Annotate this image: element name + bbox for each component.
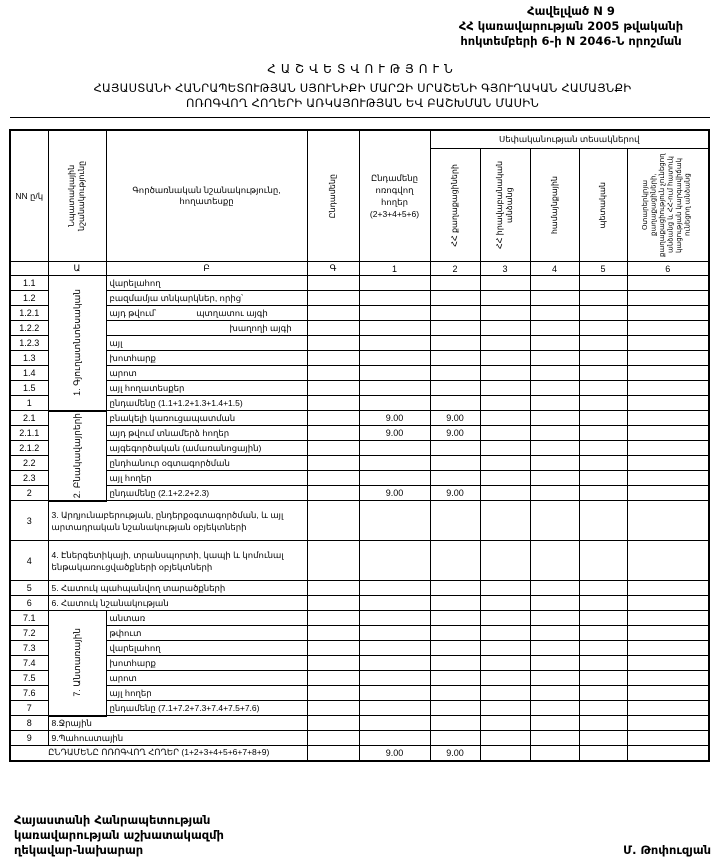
table-row: 2.1.2այգեգործական (ամառանոցային) [10,441,709,456]
header-col-2: ՀՀ քաղաքացիների [430,149,480,262]
annex-header: Հավելված N 9 ՀՀ կառավարության 2005 թվակա… [431,4,711,49]
cell [307,291,359,306]
citizens-value [430,441,480,456]
header-col-3: ՀՀ իրավաբանական անձանց [480,149,530,262]
cell [579,746,627,761]
code: 3 [480,262,530,276]
row-number: 7.6 [10,686,48,701]
cell [627,731,709,746]
document-subtitle: ՀԱՅԱՍՏԱՆԻ ՀԱՆՐԱՊԵՏՈՒԹՅԱՆ ՍՅՈՒՆԻՔԻ ՄԱՐԶԻ … [0,81,725,111]
cell [307,351,359,366]
cell [480,336,530,351]
cell [530,291,579,306]
cell [530,351,579,366]
cell [530,426,579,441]
irrigated-total-value [359,291,430,306]
cell [579,641,627,656]
cell [579,291,627,306]
grand-total-citizens: 9.00 [430,746,480,761]
column-codes-row: Ա Բ Գ 1 2 3 4 5 6 [10,262,709,276]
row-label: 5. Հատուկ պահպանվող տարածքների [48,581,307,596]
irrigated-total-value [359,351,430,366]
header-col-4: համայնքային [530,149,579,262]
irrigated-total-value [359,441,430,456]
row-label: խաղողի այգի [106,321,307,336]
group-forest: 7.17. Անտառայինանտառ7.2թփուտ7.3վարելահող… [10,611,709,716]
cell [627,541,709,581]
cell [359,581,430,596]
header-category: Նպատակային նշանակությունը [48,130,106,262]
citizens-value [430,656,480,671]
cell [530,471,579,486]
cell [530,731,579,746]
report-table: NN ը/կ Նպատակային նշանակությունը Գործառն… [9,129,710,762]
annex-line-2: ՀՀ կառավարության 2005 թվականի [431,19,711,34]
cell [530,641,579,656]
cell [307,731,359,746]
header-function: Գործառնական նշանակությունը, հողատեսքը [106,130,307,262]
cell [579,396,627,411]
table-row: 7.5արոտ [10,671,709,686]
irrigated-total-value [359,686,430,701]
row-label: թփուտ [106,626,307,641]
cell [480,486,530,501]
row-label: արոտ [106,366,307,381]
code: 4 [530,262,579,276]
cell [307,306,359,321]
cell [307,626,359,641]
row-label: բազմամյա տնկարկներ, որից՝ [106,291,307,306]
row-number: 1.2.3 [10,336,48,351]
row-label: ընդամենը (1.1+1.2+1.3+1.4+1.5) [106,396,307,411]
cell [430,596,480,611]
row-number: 6 [10,596,48,611]
citizens-value [430,701,480,716]
cell [530,411,579,426]
cell [627,611,709,626]
code: 5 [579,262,627,276]
row-label: խոտհարք [106,351,307,366]
cell [359,596,430,611]
row-number: 7.4 [10,656,48,671]
row-label: բնակելի կառուցապատման [106,411,307,426]
cell [579,541,627,581]
cell [579,366,627,381]
cell [307,456,359,471]
cell [307,276,359,291]
grand-total-irrigated: 9.00 [359,746,430,761]
table-row: 66. Հատուկ նշանակության [10,596,709,611]
citizens-value [430,336,480,351]
irrigated-total-value [359,366,430,381]
cell [480,746,530,761]
header-nn: NN ը/կ [10,130,48,262]
cell [359,731,430,746]
cell [579,321,627,336]
cell [359,716,430,731]
row-label: անտառ [106,611,307,626]
table-row: 1.2.2խաղողի այգի [10,321,709,336]
cell [579,671,627,686]
row-number: 2.2 [10,456,48,471]
cell [480,541,530,581]
header-ownership-group: Սեփականության տեսակներով [430,130,709,149]
row-label: 4. Էներգետիկայի, տրանսպորտի, կապի և կոմո… [48,541,307,581]
cell [307,611,359,626]
cell [480,426,530,441]
irrigated-total-value [359,276,430,291]
table-row: 2.2ընդհանուր օգտագործման [10,456,709,471]
row-number: 1.2.2 [10,321,48,336]
cell [579,656,627,671]
row-number: 3 [10,501,48,541]
table-row: 7.3վարելահող [10,641,709,656]
cell [480,306,530,321]
citizens-value [430,611,480,626]
footer-line-1: Հայաստանի Հանրապետության [14,813,224,828]
cell [627,321,709,336]
cell [627,276,709,291]
irrigated-total-value: 9.00 [359,426,430,441]
table-row: 33. Արդյունաբերության, ընդերքօգտագործման… [10,501,709,541]
table-row: 7.4խոտհարք [10,656,709,671]
cell [307,426,359,441]
cell [627,716,709,731]
table-row: 99.Պահուստային [10,731,709,746]
row-number: 7.5 [10,671,48,686]
table-row: 2ընդամենը (2.1+2.2+2.3)9.009.00 [10,486,709,501]
cell [579,701,627,716]
code: Գ [307,262,359,276]
citizens-value [430,396,480,411]
cell [480,671,530,686]
row-number: 1.1 [10,276,48,291]
citizens-value [430,641,480,656]
cell [530,746,579,761]
row-number: 8 [10,716,48,731]
citizens-value: 9.00 [430,411,480,426]
annex-line-3: հոկտեմբերի 6-ի N 2046-Ն որոշման [431,34,711,49]
group-label: 1. Գյուղատնտեսական [48,276,106,411]
cell [307,701,359,716]
annex-line-1: Հավելված N 9 [431,4,711,19]
citizens-value [430,366,480,381]
cell [627,291,709,306]
table-row: 88.Ջրային [10,716,709,731]
cell [579,731,627,746]
grand-total-label: ԸՆԴԱՄԵՆԸ ՈՌՈԳՎՈՂ ՀՈՂԵՐ (1+2+3+4+5+6+7+8+… [10,746,307,761]
signatory-title: Հայաստանի Հանրապետության կառավարության ա… [14,813,224,858]
irrigated-total-value [359,381,430,396]
cell [579,581,627,596]
irrigated-total-value: 9.00 [359,486,430,501]
document-title: ՀԱՇՎԵՏՎՈՒԹՅՈՒՆ [0,62,725,76]
cell [480,501,530,541]
row-label: այլ [106,336,307,351]
cell [579,276,627,291]
cell [530,456,579,471]
cell [307,641,359,656]
row-label: վարելահող [106,641,307,656]
row-number: 1.5 [10,381,48,396]
cell [627,746,709,761]
group-settlements: 2.12. Բնակավայրերիբնակելի կառուցապատման9… [10,411,709,501]
cell [579,596,627,611]
cell [307,321,359,336]
row-number: 1 [10,396,48,411]
header-total-land: Ընդամենը [307,130,359,262]
cell [579,381,627,396]
table-row: 7.17. Անտառայինանտառ [10,611,709,626]
cell [430,731,480,746]
cell [530,701,579,716]
cell [530,306,579,321]
row-label: ընդամենը (7.1+7.2+7.3+7.4+7.5+7.6) [106,701,307,716]
row-number: 7 [10,701,48,716]
cell [627,411,709,426]
table-row: 7.2թփուտ [10,626,709,641]
group-label: 2. Բնակավայրերի [48,411,106,501]
cell [579,441,627,456]
irrigated-total-value [359,396,430,411]
citizens-value [430,381,480,396]
cell [627,306,709,321]
footer-line-2: կառավարության աշխատակազմի [14,828,224,843]
citizens-value [430,276,480,291]
cell [627,486,709,501]
cell [627,336,709,351]
table-row: 1.2.3այլ [10,336,709,351]
cell [530,596,579,611]
row-number: 4 [10,541,48,581]
row-label: արոտ [106,671,307,686]
cell [530,276,579,291]
cell [627,471,709,486]
row-label: 9.Պահուստային [48,731,307,746]
irrigated-total-value [359,701,430,716]
cell [530,541,579,581]
cell [480,381,530,396]
subtitle-line-2: ՈՌՈԳՎՈՂ ՀՈՂԵՐԻ ԱՌԿԱՅՈՒԹՅԱՆ ԵՎ ԲԱՇԽՄԱՆ ՄԱ… [0,96,725,111]
cell [480,321,530,336]
irrigated-total-value [359,626,430,641]
cell [627,501,709,541]
cell [627,426,709,441]
header-total-irrigated: Ընդամենը ոռոգվող հողեր (2+3+4+5+6) [359,130,430,262]
citizens-value [430,626,480,641]
cell [579,351,627,366]
cell [579,501,627,541]
row-label: ընդհանուր օգտագործման [106,456,307,471]
irrigated-total-value [359,471,430,486]
cell [430,581,480,596]
row-label: ընդամենը (2.1+2.2+2.3) [106,486,307,501]
cell [627,656,709,671]
row-label: վարելահող [106,276,307,291]
code: Ա [48,262,106,276]
cell [627,626,709,641]
cell [627,396,709,411]
row-label: այդ թվում՝պտղատու այգի [106,306,307,321]
cell [530,441,579,456]
cell [530,581,579,596]
cell [480,291,530,306]
table-row: 1.2.1այդ թվում՝պտղատու այգի [10,306,709,321]
row-number: 2.1 [10,411,48,426]
row-number: 7.3 [10,641,48,656]
cell [307,581,359,596]
code [10,262,48,276]
cell [530,611,579,626]
cell [627,686,709,701]
cell [627,366,709,381]
cell [530,381,579,396]
cell [480,641,530,656]
cell [359,541,430,581]
irrigated-total-value [359,321,430,336]
footer-line-3: ղեկավար-նախարար [14,843,224,858]
cell [307,656,359,671]
cell [307,396,359,411]
row-number: 1.2 [10,291,48,306]
divider [10,117,710,118]
cell [530,716,579,731]
row-number: 7.2 [10,626,48,641]
cell [307,411,359,426]
cell [579,611,627,626]
cell [530,366,579,381]
cell [480,656,530,671]
group-agricultural: 1.11. Գյուղատնտեսականվարելահող1.2բազմամյ… [10,276,709,411]
citizens-value [430,671,480,686]
cell [579,716,627,731]
code: Բ [106,262,307,276]
irrigated-total-value [359,611,430,626]
code: 6 [627,262,709,276]
row-label: այլ հողատեսքեր [106,381,307,396]
irrigated-total-value [359,306,430,321]
cell [627,671,709,686]
cell [480,701,530,716]
cell [530,321,579,336]
table-row: 1.11. Գյուղատնտեսականվարելահող [10,276,709,291]
grand-total-row: ԸՆԴԱՄԵՆԸ ՈՌՈԳՎՈՂ ՀՈՂԵՐ (1+2+3+4+5+6+7+8+… [10,746,709,761]
cell [480,581,530,596]
cell [530,486,579,501]
row-number: 2 [10,486,48,501]
row-label: այգեգործական (ամառանոցային) [106,441,307,456]
cell [627,441,709,456]
cell [480,731,530,746]
citizens-value [430,321,480,336]
cell [530,396,579,411]
table-row: 1ընդամենը (1.1+1.2+1.3+1.4+1.5) [10,396,709,411]
row-number: 1.2.1 [10,306,48,321]
cell [530,501,579,541]
cell [579,456,627,471]
row-label: այլ հողեր [106,471,307,486]
irrigated-total-value [359,671,430,686]
row-label: խոտհարք [106,656,307,671]
table-row: 2.12. Բնակավայրերիբնակելի կառուցապատման9… [10,411,709,426]
irrigated-total-value [359,336,430,351]
cell [307,441,359,456]
cell [627,701,709,716]
group-other-categories: 33. Արդյունաբերության, ընդերքօգտագործման… [10,501,709,611]
table-row: 7ընդամենը (7.1+7.2+7.3+7.4+7.5+7.6) [10,701,709,716]
cell [480,596,530,611]
cell [480,716,530,731]
code: 1 [359,262,430,276]
table-row: 1.5այլ հողատեսքեր [10,381,709,396]
citizens-value: 9.00 [430,486,480,501]
cell [430,716,480,731]
row-label: 3. Արդյունաբերության, ընդերքօգտագործման,… [48,501,307,541]
citizens-value [430,471,480,486]
cell [579,686,627,701]
table-row: 44. Էներգետիկայի, տրանսպորտի, կապի և կոմ… [10,541,709,581]
cell [627,596,709,611]
row-label: այլ հողեր [106,686,307,701]
cell [627,456,709,471]
irrigated-total-value: 9.00 [359,411,430,426]
group-label: 7. Անտառային [48,611,106,716]
citizens-value [430,686,480,701]
cell [530,671,579,686]
cell [307,686,359,701]
cell [430,541,480,581]
cell [530,686,579,701]
header-col-6: Օտարերկրյա քաղաքացիների, քաղաքացիություն… [627,149,709,262]
cell [530,336,579,351]
cell [307,541,359,581]
cell [307,381,359,396]
cell [579,426,627,441]
irrigated-total-value [359,641,430,656]
citizens-value: 9.00 [430,426,480,441]
cell [579,471,627,486]
row-number: 2.1.2 [10,441,48,456]
row-label: 6. Հատուկ նշանակության [48,596,307,611]
row-number: 2.1.1 [10,426,48,441]
irrigated-total-value [359,456,430,471]
cell [579,411,627,426]
cell [480,441,530,456]
table-row: 7.6այլ հողեր [10,686,709,701]
table-row: 1.2բազմամյա տնկարկներ, որից՝ [10,291,709,306]
cell [307,366,359,381]
row-label: այդ թվում տնամերձ հողեր [106,426,307,441]
cell [430,501,480,541]
cell [480,611,530,626]
cell [530,626,579,641]
cell [627,381,709,396]
table-row: 55. Հատուկ պահպանվող տարածքների [10,581,709,596]
table-row: 2.3այլ հողեր [10,471,709,486]
cell [480,686,530,701]
cell [579,306,627,321]
cell [480,276,530,291]
cell [480,396,530,411]
row-number: 5 [10,581,48,596]
signatory-name: Մ. Թոփուզյան [623,843,711,857]
cell [480,456,530,471]
cell [307,671,359,686]
cell [307,596,359,611]
cell [480,351,530,366]
cell [579,486,627,501]
header-row-1: NN ը/կ Նպատակային նշանակությունը Գործառն… [10,130,709,149]
